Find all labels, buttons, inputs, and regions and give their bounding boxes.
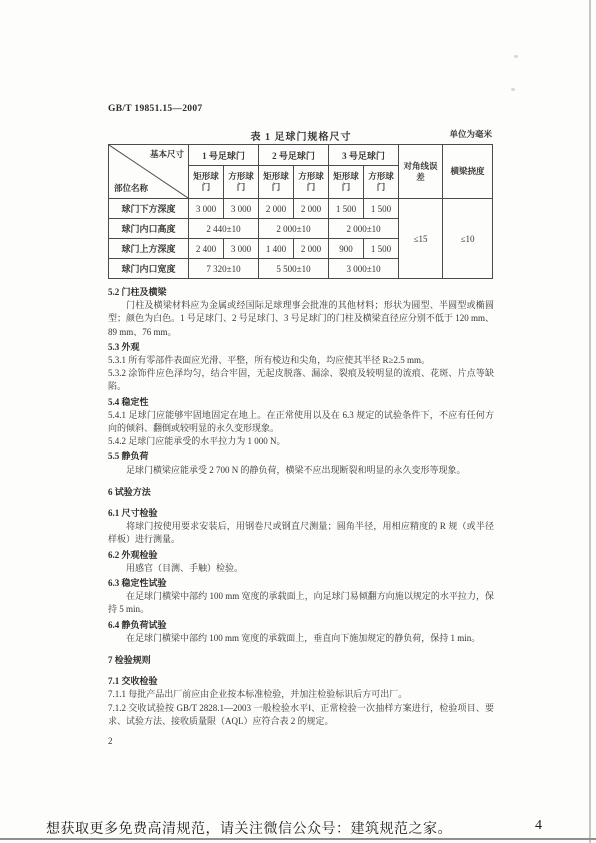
body-paragraph: 足球门横梁应能承受 2 700 N 的静负荷，横梁不应出现断裂和明显的永久变形等… — [108, 464, 494, 477]
value-cell: 7 320±10 — [189, 259, 259, 279]
body-paragraph: 7.1.2 交收试验按 GB/T 2828.1—2003 一般检验水平Ⅰ、正常检… — [108, 702, 494, 728]
section-heading: 5.2 门柱及横梁 — [108, 286, 494, 299]
section-heading: 6.2 外观检验 — [108, 549, 494, 562]
row-label: 球门内口宽度 — [109, 259, 189, 279]
value-cell: 2 000 — [294, 199, 329, 219]
value-cell: 3 000 — [224, 199, 259, 219]
shape-subheader: 方形球门 — [294, 166, 329, 199]
value-cell: 3 000 — [224, 239, 259, 259]
body-paragraph: 7.1.1 每批产品出厂前应由企业按本标准检验，并加注检验标识后方可出厂。 — [108, 688, 494, 701]
row-label: 球门内口高度 — [109, 219, 189, 239]
body-paragraph: 5.4.1 足球门应能够牢固地固定在地上。在正常使用以及在 6.3 规定的试验条… — [108, 409, 494, 435]
row-label: 球门上方深度 — [109, 239, 189, 259]
diagonal-header-bottom: 部位名称 — [114, 182, 148, 194]
value-cell: 2 440±10 — [189, 219, 259, 239]
row-label: 球门下方深度 — [109, 199, 189, 219]
body-paragraph: 用感官（目测、手触）检验。 — [108, 562, 494, 575]
value-cell: 1 500 — [364, 239, 399, 259]
table-unit-note: 单位为毫米 — [449, 128, 492, 140]
section-heading: 5.3 外观 — [108, 341, 494, 354]
value-cell: 2 000 — [294, 239, 329, 259]
shape-subheader: 矩形球门 — [329, 166, 364, 199]
value-cell: 2 000±10 — [259, 219, 329, 239]
scan-artifact — [511, 88, 515, 91]
document-body: 5.2 门柱及横梁门柱及横梁材料应为金属或经国际足球理事会批准的其他材料；形状为… — [108, 286, 494, 728]
value-cell: 1 400 — [259, 239, 294, 259]
standard-number: GB/T 19851.15—2007 — [108, 104, 494, 114]
value-cell: 3 000±10 — [329, 259, 399, 279]
body-paragraph: 在足球门横梁中部约 100 mm 宽度的承载面上，垂直向下施加规定的静负荷，保持… — [108, 632, 494, 645]
section-heading: 6 试验方法 — [108, 486, 494, 499]
goal-group-header-1: 1 号足球门 — [189, 145, 259, 166]
table-row: 球门下方深度3 0003 0002 0002 0001 5001 500≤15≤… — [109, 199, 493, 219]
section-heading: 6.4 静负荷试验 — [108, 619, 494, 632]
table-title: 表 1 足球门规格尺寸 — [251, 132, 352, 143]
goal-group-header-2: 2 号足球门 — [259, 145, 329, 166]
body-paragraph: 在足球门横梁中部约 100 mm 宽度的承载面上，向足球门易倾翻方向施以规定的水… — [108, 590, 494, 616]
document-page: GB/T 19851.15—2007 表 1 足球门规格尺寸 单位为毫米 基本尺… — [0, 0, 596, 843]
value-cell: 2 400 — [189, 239, 224, 259]
scan-edge-line — [589, 0, 591, 843]
scan-artifact — [514, 55, 518, 58]
section-heading: 5.4 稳定性 — [108, 396, 494, 409]
shape-subheader: 矩形球门 — [189, 166, 224, 199]
section-heading: 6.3 稳定性试验 — [108, 577, 494, 590]
table-diagonal-header: 基本尺寸部位名称 — [109, 145, 189, 199]
shape-subheader: 方形球门 — [224, 166, 259, 199]
footer-page-number: 4 — [535, 818, 542, 834]
body-paragraph: 5.3.1 所有零部件表面应光滑、平整，所有棱边和尖角，均应使其半径 R≥2.5… — [108, 354, 494, 367]
page-number: 2 — [108, 736, 494, 746]
section-heading: 7 检验规则 — [108, 654, 494, 667]
shape-subheader: 方形球门 — [364, 166, 399, 199]
page-content: GB/T 19851.15—2007 表 1 足球门规格尺寸 单位为毫米 基本尺… — [108, 104, 494, 746]
shape-subheader: 矩形球门 — [259, 166, 294, 199]
value-cell: 2 000 — [259, 199, 294, 219]
section-heading: 7.1 交收检验 — [108, 675, 494, 688]
footer-promo-text: 想获取更多免费高清规范，请关注微信公众号：建筑规范之家。 — [46, 822, 452, 837]
section-heading: 6.1 尺寸检验 — [108, 507, 494, 520]
body-paragraph: 5.3.2 涂饰件应色泽均匀，结合牢固，无起皮脱落、漏涂、裂痕及较明显的流痕、花… — [108, 367, 494, 393]
body-paragraph: 将球门按使用要求安装后，用钢卷尺或钢直尺测量；圆角半径，用相应精度的 R 规（或… — [108, 520, 494, 546]
table-title-row: 表 1 足球门规格尺寸 单位为毫米 — [108, 127, 494, 141]
value-cell: 2 000±10 — [329, 219, 399, 239]
beam-deflection-header: 横梁挠度 — [443, 145, 493, 199]
spec-table: 基本尺寸部位名称1 号足球门2 号足球门3 号足球门对角线误差横梁挠度矩形球门方… — [108, 144, 493, 279]
footer: 想获取更多免费高清规范，请关注微信公众号：建筑规范之家。 4 — [46, 818, 566, 838]
value-cell: 5 500±10 — [259, 259, 329, 279]
body-paragraph: 5.4.2 足球门应能承受的水平拉力为 1 000 N。 — [108, 435, 494, 448]
footer-divider — [0, 838, 596, 840]
value-cell: 3 000 — [189, 199, 224, 219]
value-cell: 1 500 — [329, 199, 364, 219]
beam-deflection-value: ≤10 — [443, 199, 493, 279]
section-heading: 5.5 静负荷 — [108, 450, 494, 463]
diagonal-error-header: 对角线误差 — [399, 145, 443, 199]
value-cell: 900 — [329, 239, 364, 259]
diagonal-error-value: ≤15 — [399, 199, 443, 279]
diagonal-header-top: 基本尺寸 — [150, 148, 184, 160]
body-paragraph: 门柱及横梁材料应为金属或经国际足球理事会批准的其他材料；形状为圆型、半圆型或椭圆… — [108, 299, 494, 339]
goal-group-header-3: 3 号足球门 — [329, 145, 399, 166]
value-cell: 1 500 — [364, 199, 399, 219]
